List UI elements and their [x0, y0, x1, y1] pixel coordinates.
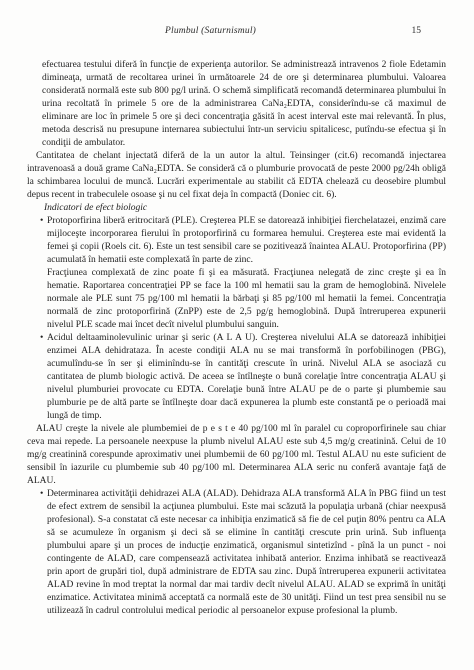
- bullet-text: Determinarea activităţii dehidrazei ALA …: [47, 489, 446, 616]
- bullet-icon: •: [40, 488, 47, 501]
- page-header: Plumbul (Saturnismul) 15: [0, 26, 474, 40]
- bullet-item-alau: •Acidul deltaaminolevulinic urinar şi se…: [47, 332, 446, 423]
- paragraph-continuation: efectuarea testului diferă în funcţie de…: [42, 59, 446, 150]
- bullet-icon: •: [40, 332, 47, 345]
- bullet-item-alad: •Determinarea activităţii dehidrazei ALA…: [47, 488, 446, 618]
- bullet-text: Acidul deltaaminolevulinic urinar şi ser…: [47, 333, 446, 421]
- bullet-item-ple: •Protoporfirina liberă eritrocitară (PLE…: [47, 215, 446, 332]
- running-title: Plumbul (Saturnismul): [165, 26, 256, 36]
- paragraph-alau-niveluri: ALAU creşte la nivele ale plumbemiei de …: [27, 423, 446, 488]
- section-heading-indicatori: Indicatori de efect biologic: [44, 202, 446, 215]
- page-number: 15: [412, 26, 422, 36]
- bullet-icon: •: [40, 215, 47, 228]
- bullet-text: Protoporfirina liberă eritrocitară (PLE)…: [47, 216, 446, 265]
- bullet-subparagraph: Fracţiunea complexată de zinc poate fi ş…: [47, 267, 446, 332]
- scanned-book-page: Plumbul (Saturnismul) 15 efectuarea test…: [0, 0, 474, 670]
- page-body: efectuarea testului diferă în funcţie de…: [27, 59, 446, 618]
- paragraph-chelant: Cantitatea de chelant injectată diferă d…: [27, 150, 446, 202]
